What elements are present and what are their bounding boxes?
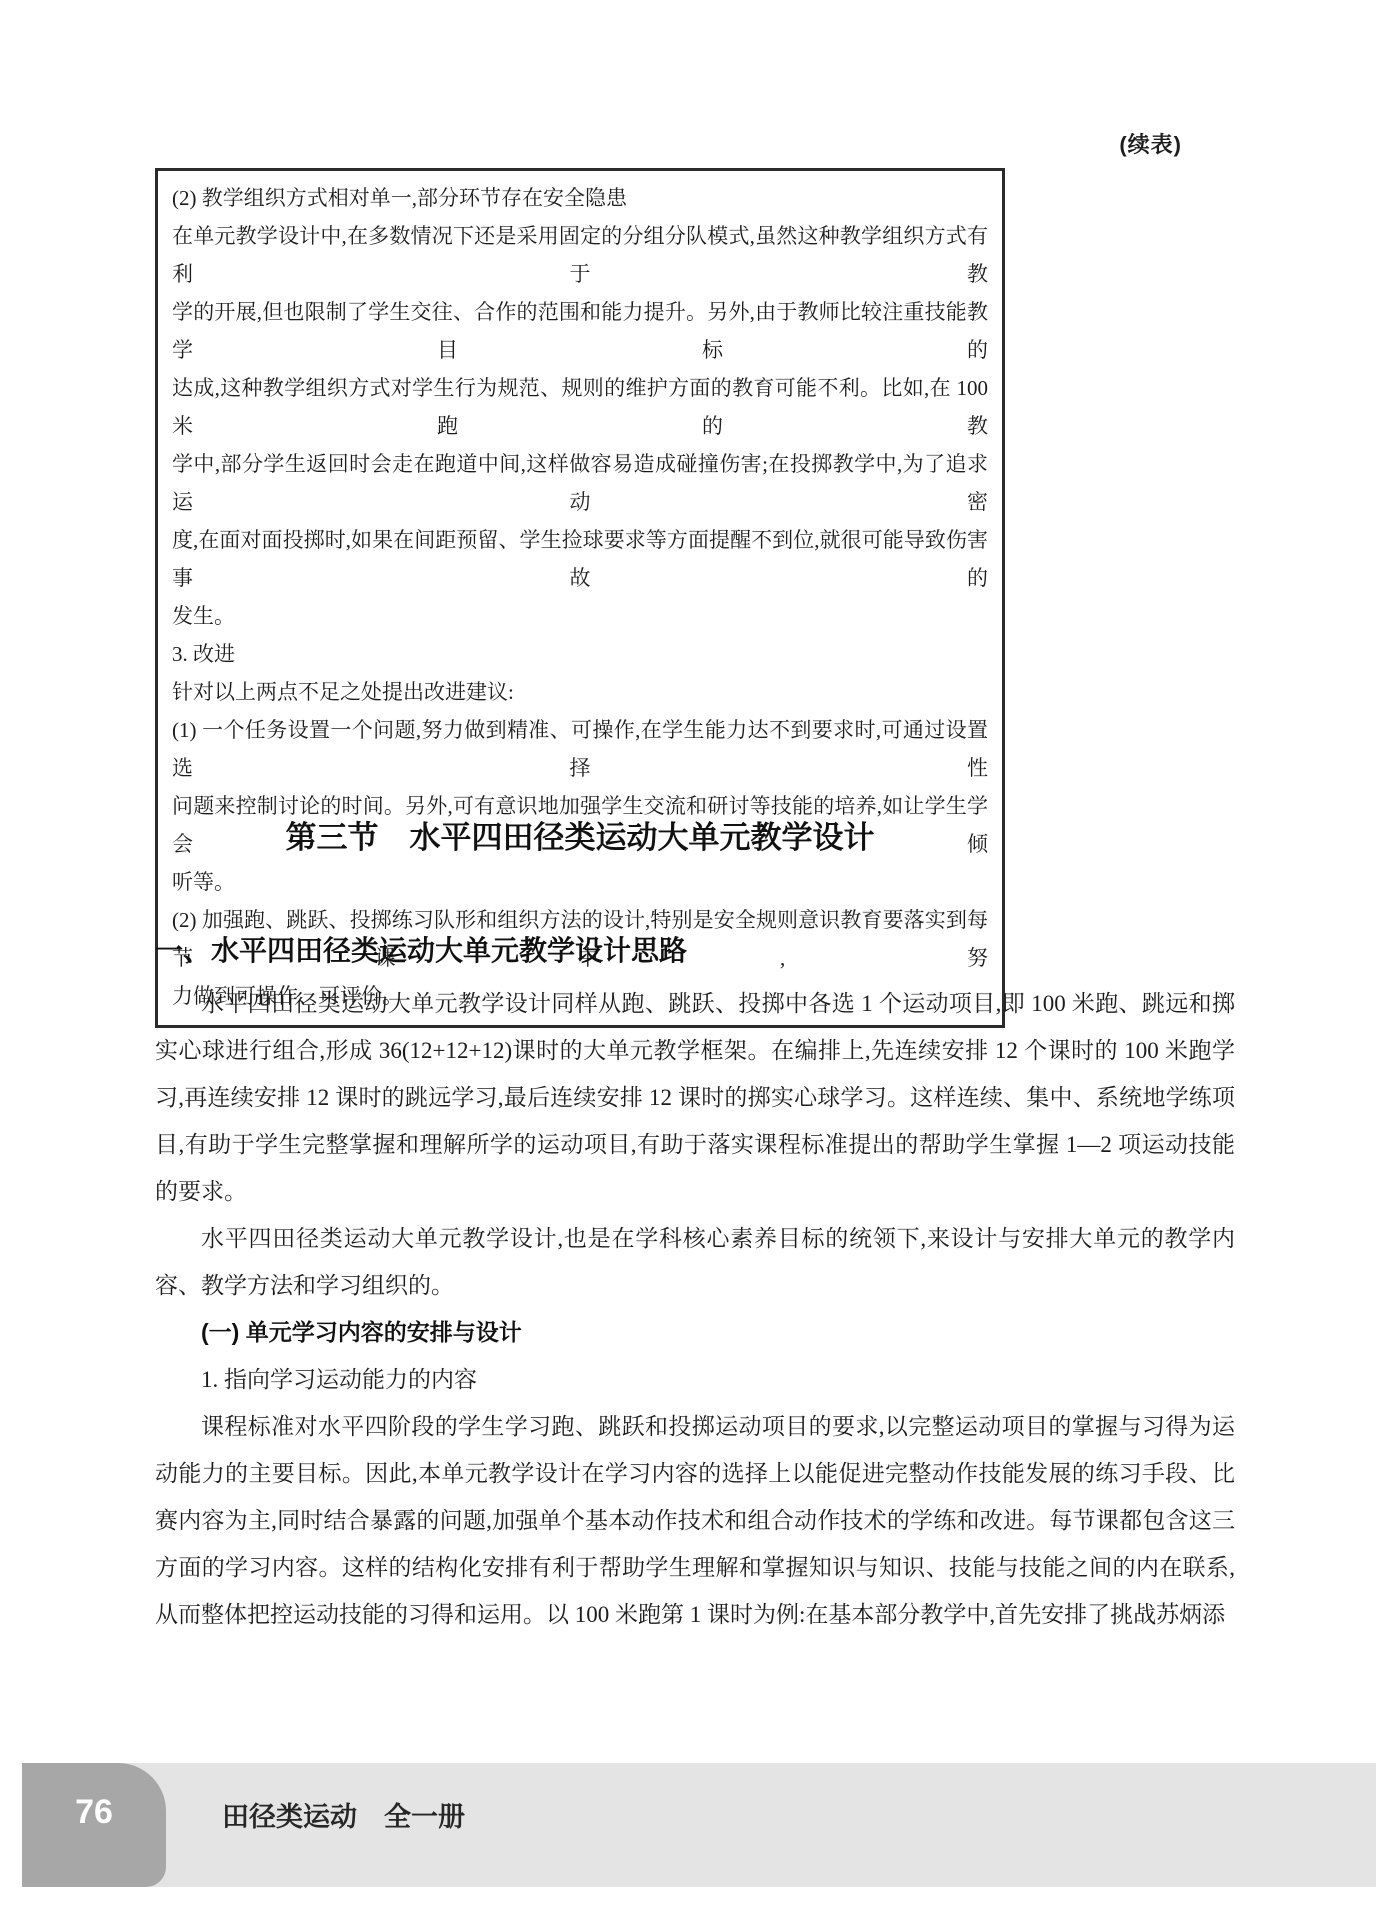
box-line: (1) 一个任务设置一个问题,努力做到精准、可操作,在学生能力达不到要求时,可通… — [172, 711, 988, 787]
page-number: 76 — [75, 1793, 113, 1887]
box-line: 发生。 — [172, 597, 988, 635]
box-line: 针对以上两点不足之处提出改进建议: — [172, 673, 988, 711]
continued-table-label: (续表) — [1119, 128, 1182, 159]
section-subtitle: 一、水平四田径类运动大单元教学设计思路 — [155, 929, 687, 969]
box-line: 学中,部分学生返回时会走在跑道中间,这样做容易造成碰撞伤害;在投掷教学中,为了追… — [172, 445, 988, 521]
box-line: 在单元教学设计中,在多数情况下还是采用固定的分组分队模式,虽然这种教学组织方式有… — [172, 217, 988, 293]
book-title: 田径类运动 全一册 — [222, 1795, 465, 1834]
body-text-column: 水平四田径类运动大单元教学设计同样从跑、跳跃、投掷中各选 1 个运动项目,即 1… — [155, 980, 1235, 1638]
numbered-item: 1. 指向学习运动能力的内容 — [155, 1356, 1235, 1403]
box-line: 听等。 — [172, 863, 988, 901]
subsection-heading: (一) 单元学习内容的安排与设计 — [155, 1309, 1235, 1356]
paragraph: 水平四田径类运动大单元教学设计,也是在学科核心素养目标的统领下,来设计与安排大单… — [155, 1215, 1235, 1309]
box-line: (2) 教学组织方式相对单一,部分环节存在安全隐患 — [172, 179, 988, 217]
box-line: 学的开展,但也限制了学生交往、合作的范围和能力提升。另外,由于教师比较注重技能教… — [172, 293, 988, 369]
box-line: 度,在面对面投掷时,如果在间距预留、学生捡球要求等方面提醒不到位,就很可能导致伤… — [172, 521, 988, 597]
paragraph: 课程标准对水平四阶段的学生学习跑、跳跃和投掷运动项目的要求,以完整运动项目的掌握… — [155, 1403, 1235, 1638]
page-number-tab: 76 — [22, 1763, 166, 1887]
unit-review-notes-box: (2) 教学组织方式相对单一,部分环节存在安全隐患 在单元教学设计中,在多数情况… — [155, 168, 1005, 1028]
document-page: (续表) (2) 教学组织方式相对单一,部分环节存在安全隐患 在单元教学设计中,… — [0, 0, 1388, 1917]
section-title: 第三节 水平四田径类运动大单元教学设计 — [20, 812, 1140, 857]
box-line: 达成,这种教学组织方式对学生行为规范、规则的维护方面的教育可能不利。比如,在 1… — [172, 369, 988, 445]
paragraph: 水平四田径类运动大单元教学设计同样从跑、跳跃、投掷中各选 1 个运动项目,即 1… — [155, 980, 1235, 1215]
box-line: 3. 改进 — [172, 635, 988, 673]
